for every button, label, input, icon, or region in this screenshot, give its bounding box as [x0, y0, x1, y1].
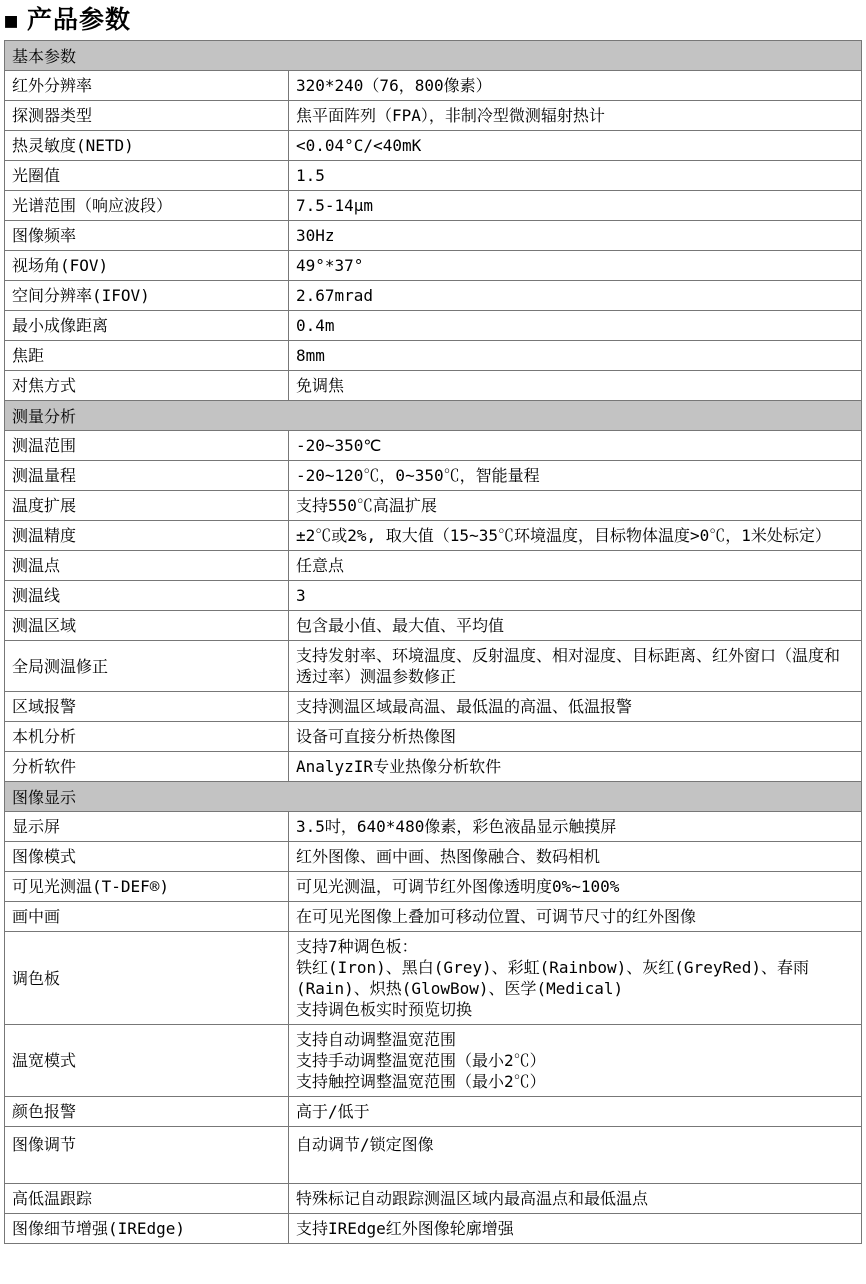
param-value: 3	[289, 581, 861, 610]
section-header: 测量分析	[5, 401, 861, 431]
param-value: 49°*37°	[289, 251, 861, 280]
param-label: 测温精度	[5, 521, 289, 550]
table-row: 温度扩展支持550℃高温扩展	[5, 491, 861, 521]
param-value: 2.67mrad	[289, 281, 861, 310]
table-row: 热灵敏度(NETD)<0.04°C/<40mK	[5, 131, 861, 161]
section-header: 图像显示	[5, 782, 861, 812]
param-value: 1.5	[289, 161, 861, 190]
param-value: 自动调节/锁定图像	[289, 1127, 861, 1183]
table-row: 图像模式红外图像、画中画、热图像融合、数码相机	[5, 842, 861, 872]
table-row: 高低温跟踪特殊标记自动跟踪测温区域内最高温点和最低温点	[5, 1184, 861, 1214]
table-row: 测温范围-20~350℃	[5, 431, 861, 461]
param-label: 颜色报警	[5, 1097, 289, 1126]
param-label: 光圈值	[5, 161, 289, 190]
param-value: <0.04°C/<40mK	[289, 131, 861, 160]
table-row: 测温线3	[5, 581, 861, 611]
param-label: 测温点	[5, 551, 289, 580]
param-label: 测温范围	[5, 431, 289, 460]
param-label: 图像调节	[5, 1127, 289, 1183]
table-row: 颜色报警高于/低于	[5, 1097, 861, 1127]
param-label: 图像细节增强(IREdge)	[5, 1214, 289, 1243]
table-row: 对焦方式免调焦	[5, 371, 861, 401]
param-label: 红外分辨率	[5, 71, 289, 100]
param-label: 高低温跟踪	[5, 1184, 289, 1213]
table-row: 视场角(FOV)49°*37°	[5, 251, 861, 281]
param-value: 支持7种调色板： 铁红(Iron)、黑白(Grey)、彩虹(Rainbow)、灰…	[289, 932, 861, 1024]
param-label: 显示屏	[5, 812, 289, 841]
table-row: 可见光测温(T-DEF®)可见光测温，可调节红外图像透明度0%~100%	[5, 872, 861, 902]
param-value: 支持自动调整温宽范围 支持手动调整温宽范围（最小2℃） 支持触控调整温宽范围（最…	[289, 1025, 861, 1096]
table-row: 空间分辨率(IFOV)2.67mrad	[5, 281, 861, 311]
param-value: 3.5吋，640*480像素，彩色液晶显示触摸屏	[289, 812, 861, 841]
param-value: 设备可直接分析热像图	[289, 722, 861, 751]
param-label: 视场角(FOV)	[5, 251, 289, 280]
table-row: 探测器类型焦平面阵列（FPA），非制冷型微测辐射热计	[5, 101, 861, 131]
param-value: 0.4m	[289, 311, 861, 340]
table-row: 显示屏3.5吋，640*480像素，彩色液晶显示触摸屏	[5, 812, 861, 842]
param-label: 光谱范围（响应波段）	[5, 191, 289, 220]
table-row: 区域报警支持测温区域最高温、最低温的高温、低温报警	[5, 692, 861, 722]
param-label: 最小成像距离	[5, 311, 289, 340]
param-value: 特殊标记自动跟踪测温区域内最高温点和最低温点	[289, 1184, 861, 1213]
param-value: 7.5-14μm	[289, 191, 861, 220]
section-header-label: 图像显示	[12, 785, 76, 808]
section-header-label: 基本参数	[12, 44, 76, 67]
section-header: 基本参数	[5, 41, 861, 71]
param-value: 320*240（76，800像素）	[289, 71, 861, 100]
table-row: 焦距8mm	[5, 341, 861, 371]
param-label: 图像模式	[5, 842, 289, 871]
param-value: 红外图像、画中画、热图像融合、数码相机	[289, 842, 861, 871]
param-value: ±2℃或2%, 取大值（15~35℃环境温度，目标物体温度>0℃，1米处标定）	[289, 521, 861, 550]
table-row: 分析软件AnalyzIR专业热像分析软件	[5, 752, 861, 782]
param-value: 高于/低于	[289, 1097, 861, 1126]
table-row: 测温点任意点	[5, 551, 861, 581]
param-label: 探测器类型	[5, 101, 289, 130]
param-label: 图像频率	[5, 221, 289, 250]
table-row: 图像频率30Hz	[5, 221, 861, 251]
title-square-icon: ■	[5, 10, 18, 30]
table-row: 图像细节增强(IREdge)支持IREdge红外图像轮廓增强	[5, 1214, 861, 1243]
param-label: 画中画	[5, 902, 289, 931]
table-row: 红外分辨率320*240（76，800像素）	[5, 71, 861, 101]
table-row: 温宽模式支持自动调整温宽范围 支持手动调整温宽范围（最小2℃） 支持触控调整温宽…	[5, 1025, 861, 1097]
table-row: 本机分析设备可直接分析热像图	[5, 722, 861, 752]
param-value: 支持550℃高温扩展	[289, 491, 861, 520]
spec-sheet-page: ■ 产品参数 基本参数红外分辨率320*240（76，800像素）探测器类型焦平…	[0, 0, 866, 1244]
param-value: 支持测温区域最高温、最低温的高温、低温报警	[289, 692, 861, 721]
table-row: 测温精度±2℃或2%, 取大值（15~35℃环境温度，目标物体温度>0℃，1米处…	[5, 521, 861, 551]
param-label: 测温线	[5, 581, 289, 610]
param-value: 30Hz	[289, 221, 861, 250]
param-label: 对焦方式	[5, 371, 289, 400]
table-row: 图像调节自动调节/锁定图像	[5, 1127, 861, 1184]
param-label: 区域报警	[5, 692, 289, 721]
param-label: 温宽模式	[5, 1025, 289, 1096]
param-value: 支持IREdge红外图像轮廓增强	[289, 1214, 861, 1243]
param-label: 全局测温修正	[5, 641, 289, 691]
param-label: 调色板	[5, 932, 289, 1024]
param-label: 测温区域	[5, 611, 289, 640]
section-header-label: 测量分析	[12, 404, 76, 427]
param-value: 支持发射率、环境温度、反射温度、相对湿度、目标距离、红外窗口（温度和透过率）测温…	[289, 641, 861, 691]
param-label: 本机分析	[5, 722, 289, 751]
param-value: 8mm	[289, 341, 861, 370]
param-label: 温度扩展	[5, 491, 289, 520]
param-value: 可见光测温，可调节红外图像透明度0%~100%	[289, 872, 861, 901]
param-label: 空间分辨率(IFOV)	[5, 281, 289, 310]
param-label: 测温量程	[5, 461, 289, 490]
table-row: 全局测温修正支持发射率、环境温度、反射温度、相对湿度、目标距离、红外窗口（温度和…	[5, 641, 861, 692]
table-row: 测温区域包含最小值、最大值、平均值	[5, 611, 861, 641]
param-value: 焦平面阵列（FPA），非制冷型微测辐射热计	[289, 101, 861, 130]
param-label: 焦距	[5, 341, 289, 370]
param-value: -20~120℃，0~350℃，智能量程	[289, 461, 861, 490]
param-value: 任意点	[289, 551, 861, 580]
page-title-text: 产品参数	[27, 4, 131, 35]
page-title: ■ 产品参数	[5, 4, 862, 35]
table-row: 调色板支持7种调色板： 铁红(Iron)、黑白(Grey)、彩虹(Rainbow…	[5, 932, 861, 1025]
table-row: 光圈值1.5	[5, 161, 861, 191]
param-label: 可见光测温(T-DEF®)	[5, 872, 289, 901]
table-row: 画中画在可见光图像上叠加可移动位置、可调节尺寸的红外图像	[5, 902, 861, 932]
param-value: -20~350℃	[289, 431, 861, 460]
param-value: 在可见光图像上叠加可移动位置、可调节尺寸的红外图像	[289, 902, 861, 931]
table-row: 测温量程-20~120℃，0~350℃，智能量程	[5, 461, 861, 491]
table-row: 最小成像距离0.4m	[5, 311, 861, 341]
param-label: 热灵敏度(NETD)	[5, 131, 289, 160]
param-value: 免调焦	[289, 371, 861, 400]
param-value: 包含最小值、最大值、平均值	[289, 611, 861, 640]
table-row: 光谱范围（响应波段）7.5-14μm	[5, 191, 861, 221]
param-value: AnalyzIR专业热像分析软件	[289, 752, 861, 781]
spec-table: 基本参数红外分辨率320*240（76，800像素）探测器类型焦平面阵列（FPA…	[4, 40, 862, 1244]
param-label: 分析软件	[5, 752, 289, 781]
